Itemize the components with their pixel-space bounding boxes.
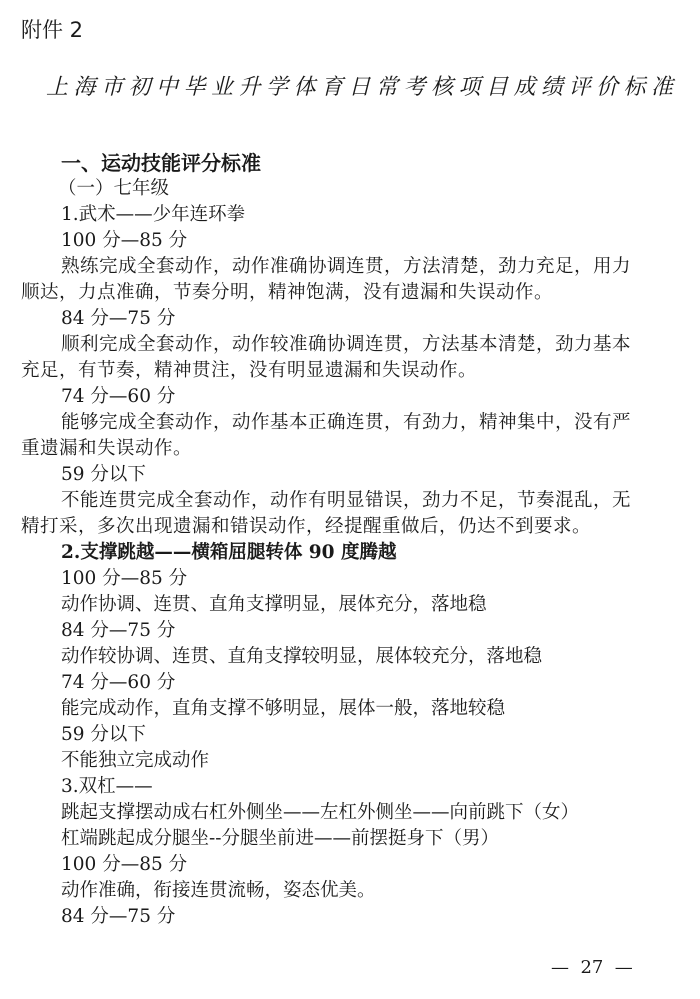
document-body: 一、运动技能评分标准 （一）七年级 1.武术——少年连环拳 100 分—85 分… [0,150,700,930]
grade-description: 重遗漏和失误动作。 [0,436,700,462]
grade-description: 顺达，力点准确，节奏分明，精神饱满，没有遗漏和失误动作。 [0,280,700,306]
grade-description: 充足，有节奏，精神贯注，没有明显遗漏和失误动作。 [0,358,700,384]
item-title-parallel-bars: 3.双杠—— [0,774,700,800]
item-subtitle-male: 杠端跳起成分腿坐--分腿坐前进——前摆挺身下（男） [0,826,700,852]
grade-range: 74 分—60 分 [0,384,700,410]
grade-range: 59 分以下 [0,462,700,488]
section-heading: 一、运动技能评分标准 [0,150,700,176]
grade-description: 熟练完成全套动作，动作准确协调连贯，方法清楚，劲力充足，用力 [0,254,700,280]
grade-range: 84 分—75 分 [0,618,700,644]
item-title-wushu: 1.武术——少年连环拳 [0,202,700,228]
grade-range: 84 分—75 分 [0,306,700,332]
grade-range: 100 分—85 分 [0,852,700,878]
grade-range: 84 分—75 分 [0,904,700,930]
grade-description: 能完成动作，直角支撑不够明显，展体一般，落地较稳 [0,696,700,722]
page-number: — 27 — [551,957,633,978]
grade-range: 74 分—60 分 [0,670,700,696]
grade-subheading: （一）七年级 [0,176,700,202]
item-title-vault: 2.支撑跳越——横箱屈腿转体 90 度腾越 [0,540,700,566]
document-title: 上海市初中毕业升学体育日常考核项目成绩评价标准 [46,70,646,101]
grade-range: 59 分以下 [0,722,700,748]
grade-range: 100 分—85 分 [0,228,700,254]
grade-description: 动作准确，衔接连贯流畅，姿态优美。 [0,878,700,904]
attachment-label: 附件 2 [21,14,83,44]
grade-description: 动作较协调、连贯、直角支撑较明显，展体较充分，落地稳 [0,644,700,670]
grade-description: 精打采，多次出现遗漏和错误动作，经提醒重做后，仍达不到要求。 [0,514,700,540]
grade-description: 顺利完成全套动作，动作较准确协调连贯，方法基本清楚，劲力基本 [0,332,700,358]
grade-description: 动作协调、连贯、直角支撑明显，展体充分，落地稳 [0,592,700,618]
grade-description: 不能连贯完成全套动作，动作有明显错误，劲力不足，节奏混乱，无 [0,488,700,514]
grade-description: 不能独立完成动作 [0,748,700,774]
item-subtitle-female: 跳起支撑摆动成右杠外侧坐——左杠外侧坐——向前跳下（女） [0,800,700,826]
grade-range: 100 分—85 分 [0,566,700,592]
grade-description: 能够完成全套动作，动作基本正确连贯，有劲力，精神集中，没有严 [0,410,700,436]
